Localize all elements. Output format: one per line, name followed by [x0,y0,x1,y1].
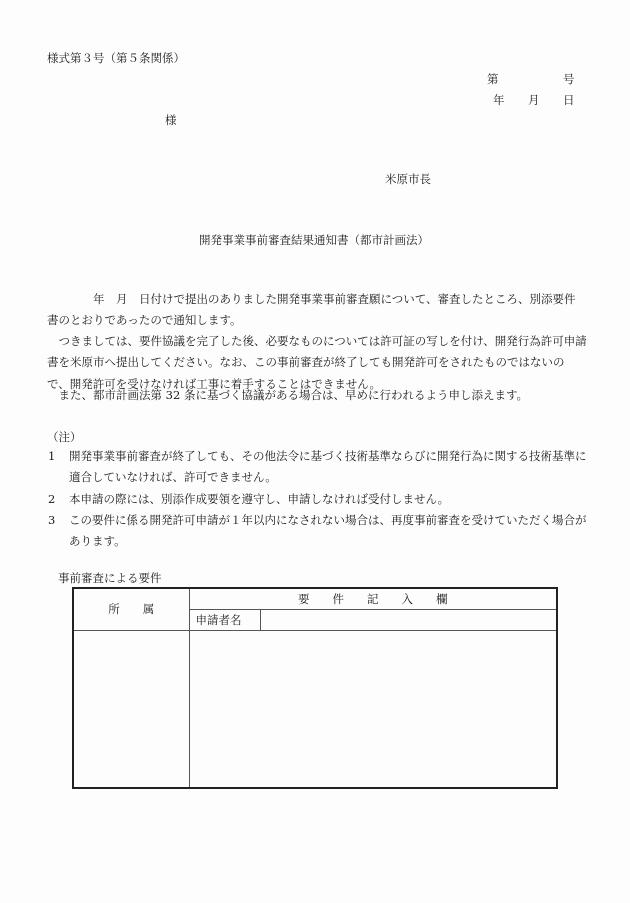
affiliation-header: 所 属 [73,588,189,630]
body-paragraph-3: また、都市計画法第 32 条に基づく協議がある場合は、早めに行われるよう申し添え… [47,385,587,406]
note-text: 開発事業事前審査が終了しても、その他法令に基づく技術基準ならびに開発行為に関する… [69,449,587,484]
note-text: この要件に係る開発許可申請が１年以内になされない場合は、再度事前審査を受けていた… [69,513,587,548]
body-paragraph-1: 年 月 日付けで提出のありました開発事業事前審査願について、審査したところ、別添… [47,289,587,332]
sender-name: 米原市長 [385,171,431,187]
requirements-caption: 事前審査による要件 [58,570,162,586]
date-year: 年 [493,92,505,108]
applicant-name-label: 申請者名 [189,609,260,630]
note-item: 1 開発事業事前審査が終了しても、その他法令に基づく技術基準ならびに開発行為に関… [47,446,592,489]
note-item: 3 この要件に係る開発許可申請が１年以内になされない場合は、再度事前審査を受けて… [47,510,592,553]
note-number: 1 [48,446,55,467]
reference-number-suffix: 号 [563,71,575,87]
notes-list: 1 開発事業事前審査が終了しても、その他法令に基づく技術基準ならびに開発行為に関… [47,446,592,552]
form-number: 様式第３号（第５条関係） [47,50,185,66]
note-number: 3 [48,510,55,531]
note-item: 2 本申請の際には、別添作成要領を遵守し、申請しなければ受付しません。 [47,489,592,510]
requirements-header: 要 件 記 入 欄 [189,588,557,609]
date-month: 月 [528,92,540,108]
affiliation-field[interactable] [73,630,189,788]
addressee-honorific: 様 [165,112,177,128]
requirements-table: 所 属 要 件 記 入 欄 申請者名 [72,587,558,789]
requirements-field[interactable] [189,630,557,788]
note-text: 本申請の際には、別添作成要領を遵守し、申請しなければ受付しません。 [69,492,449,506]
notes-heading: （注） [47,429,82,445]
document-title: 開発事業事前審査結果通知書（都市計画法） [199,232,429,248]
applicant-name-field[interactable] [260,609,557,630]
reference-number-prefix: 第 [487,71,499,87]
note-number: 2 [48,489,55,510]
date-day: 日 [563,92,575,108]
